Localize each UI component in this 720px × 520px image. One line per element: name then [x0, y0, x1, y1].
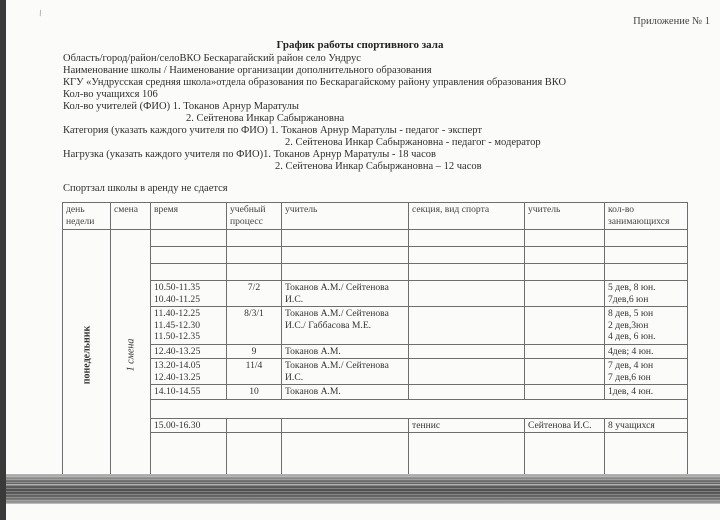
process-cell: [227, 418, 282, 433]
table-row: [63, 247, 688, 264]
region-line: Область/город/район/селоВКО Бескарагайск…: [63, 53, 361, 65]
scan-artifact-band: [6, 474, 720, 504]
count-cell: 5 дев, 8 юн. 7дев,6 юн: [605, 281, 688, 307]
appendix-label: Приложение № 1: [633, 16, 710, 27]
scan-mark: \: [37, 8, 43, 18]
document-title: График работы спортивного зала: [0, 39, 720, 51]
teacher-cell: Токанов А.М./ Сейтенова И.С.: [282, 281, 409, 307]
table-row: 10.50-11.35 10.40-11.25 7/2 Токанов А.М.…: [63, 281, 688, 307]
time-cell: 14.10-14.55: [151, 385, 227, 400]
teacher-cell: Токанов А.М.: [282, 385, 409, 400]
section-cell: [409, 344, 525, 359]
process-cell: 9: [227, 344, 282, 359]
time-cell: 12.40-13.25: [151, 344, 227, 359]
section-teacher-cell: [525, 359, 605, 385]
teacher-cell: Токанов А.М./ Сейтенова И.С./ Габбасова …: [282, 307, 409, 345]
table-row-section: 15.00-16.30 теннис Сейтенова И.С. 8 учащ…: [63, 418, 688, 433]
teacher-cell: Токанов А.М.: [282, 344, 409, 359]
time-cell: 13.20-14.05 12.40-13.25: [151, 359, 227, 385]
shift-cell: 1 смена: [111, 230, 151, 480]
header-process: учебный процесс: [227, 203, 282, 230]
header-section: секция, вид спорта: [409, 203, 525, 230]
schedule-table: день недели смена время учебный процесс …: [62, 202, 688, 499]
header-section-teacher: учитель: [525, 203, 605, 230]
count-cell: 1дев, 4 юн.: [605, 385, 688, 400]
category-line-1: Категория (указать каждого учителя по ФИ…: [63, 125, 482, 137]
header-count: кол-во занимающихся: [605, 203, 688, 230]
section-teacher-cell: [525, 307, 605, 345]
table-row: 11.40-12.25 11.45-12.30 11.50-12.35 8/3/…: [63, 307, 688, 345]
category-line-2: 2. Сейтенова Инкар Сабыржановна - педаго…: [285, 137, 541, 149]
table-row: [63, 433, 688, 480]
table-row: 14.10-14.55 10 Токанов А.М. 1дев, 4 юн.: [63, 385, 688, 400]
section-teacher-cell: Сейтенова И.С.: [525, 418, 605, 433]
table-row: 12.40-13.25 9 Токанов А.М. 4дев; 4 юн.: [63, 344, 688, 359]
process-cell: 11/4: [227, 359, 282, 385]
section-cell: [409, 307, 525, 345]
count-cell: 4дев; 4 юн.: [605, 344, 688, 359]
process-cell: 10: [227, 385, 282, 400]
count-cell: 7 дев, 4 юн 7 дев,6 юн: [605, 359, 688, 385]
load-line-2: 2. Сейтенова Инкар Сабыржановна – 12 час…: [275, 161, 482, 173]
section-cell: [409, 281, 525, 307]
table-row: 13.20-14.05 12.40-13.25 11/4 Токанов А.М…: [63, 359, 688, 385]
header-shift: смена: [111, 203, 151, 230]
time-cell: 10.50-11.35 10.40-11.25: [151, 281, 227, 307]
table-row-gap: [63, 399, 688, 418]
count-cell: 8 дев, 5 юн 2 дев,3юн 4 дев, 6 юн.: [605, 307, 688, 345]
process-cell: 7/2: [227, 281, 282, 307]
teachers-line-2: 2. Сейтенова Инкар Сабыржановна: [186, 113, 344, 125]
scan-edge: [0, 0, 6, 520]
scanned-document: \ Приложение № 1 График работы спортивно…: [0, 0, 720, 520]
section-teacher-cell: [525, 385, 605, 400]
school-name-label: Наименование школы / Наименование органи…: [63, 65, 432, 77]
school-line: КГУ «Ундрусская средняя школа»отдела обр…: [63, 77, 566, 89]
table-header-row: день недели смена время учебный процесс …: [63, 203, 688, 230]
load-line-1: Нагрузка (указать каждого учителя по ФИО…: [63, 149, 436, 161]
process-cell: 8/3/1: [227, 307, 282, 345]
students-count: Кол-во учащихся 106: [63, 89, 158, 101]
teacher-cell: Токанов А.М./ Сейтенова И.С.: [282, 359, 409, 385]
table-row: понедельник 1 смена: [63, 230, 688, 247]
rent-note: Спортзал школы в аренду не сдается: [63, 183, 228, 195]
header-day: день недели: [63, 203, 111, 230]
time-cell: 15.00-16.30: [151, 418, 227, 433]
section-cell: [409, 385, 525, 400]
count-cell: 8 учащихся: [605, 418, 688, 433]
time-cell: 11.40-12.25 11.45-12.30 11.50-12.35: [151, 307, 227, 345]
section-teacher-cell: [525, 344, 605, 359]
section-cell: теннис: [409, 418, 525, 433]
teachers-line-1: Кол-во учителей (ФИО) 1. Токанов Арнур М…: [63, 101, 299, 113]
header-time: время: [151, 203, 227, 230]
teacher-cell: [282, 418, 409, 433]
header-teacher: учитель: [282, 203, 409, 230]
table-row: [63, 264, 688, 281]
section-teacher-cell: [525, 281, 605, 307]
section-cell: [409, 359, 525, 385]
day-cell: понедельник: [63, 230, 111, 480]
